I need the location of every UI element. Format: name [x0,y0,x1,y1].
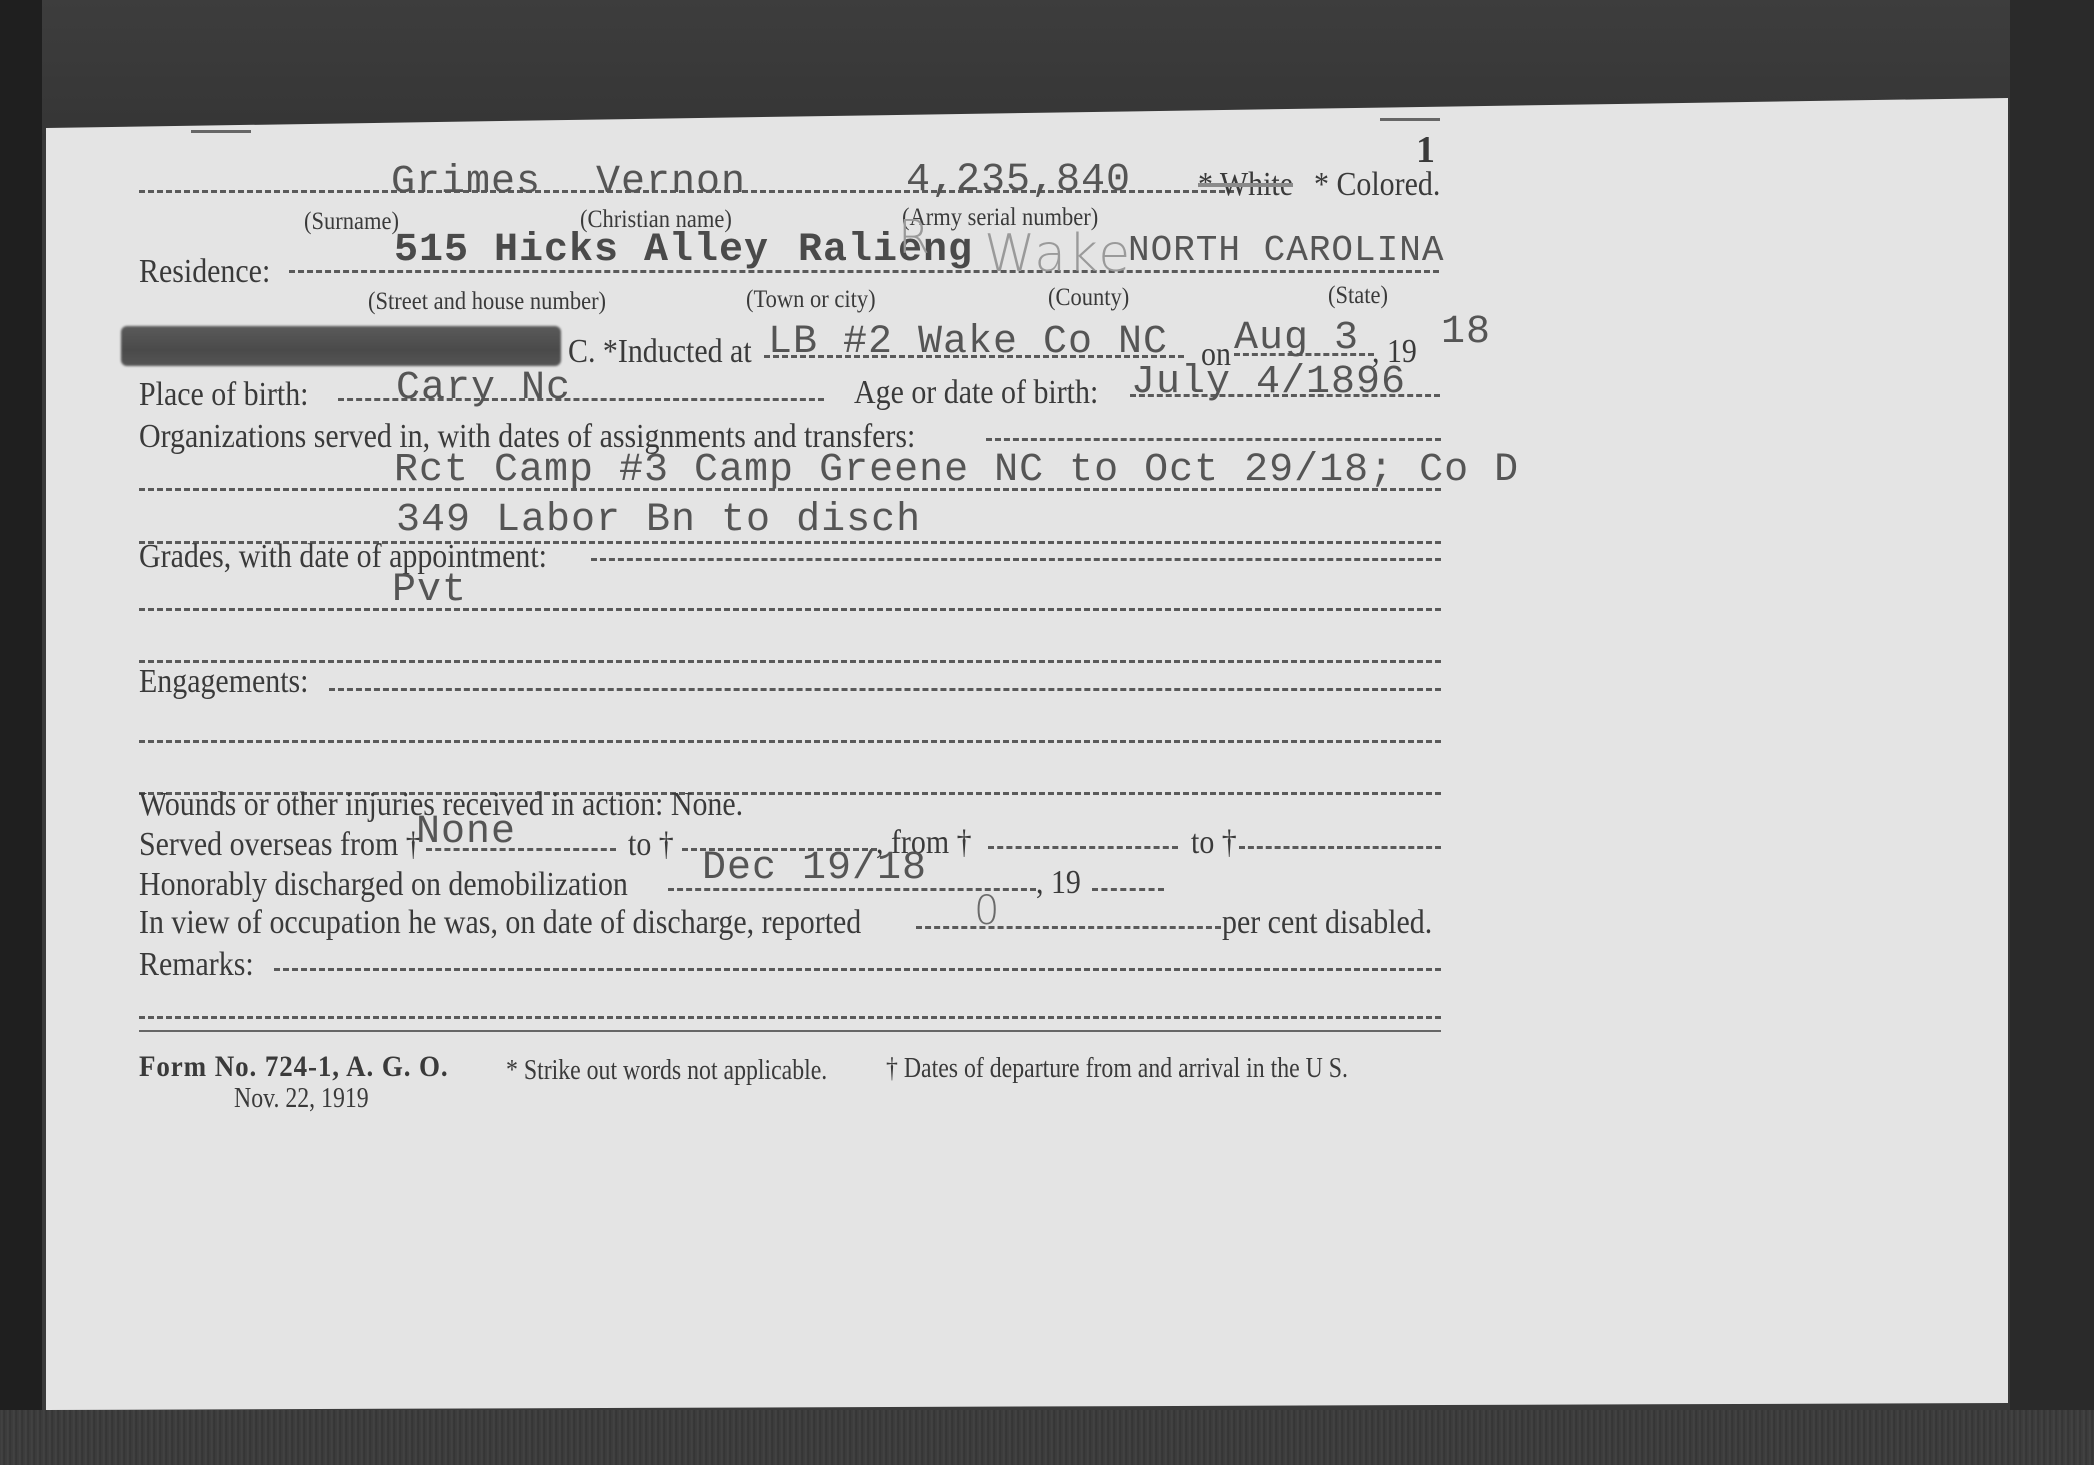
county-caption: (County) [1048,284,1129,312]
discharge-year-line [1092,888,1164,891]
town-caption: (Town or city) [746,286,876,314]
overseas-from-line-2 [988,846,1178,849]
engagements-line-0 [329,688,1441,691]
town-correction-handwritten: R [898,210,932,264]
service-record-card: 1 Grimes Vernon 4,235,840 * White * Colo… [46,98,2008,1410]
residence-label: Residence: [139,253,270,291]
overseas-to-label: to † [628,826,674,864]
surname-value: Grimes [391,160,541,205]
organizations-entry-1: Rct Camp #3 Camp Greene NC to Oct 29/18;… [394,448,1519,493]
inducted-at-label: C. *Inducted at [568,333,752,371]
inducted-year-value: 18 [1441,310,1491,355]
scan-background-bottom [0,1410,2094,1465]
christian-name-value: Vernon [596,160,746,205]
served-overseas-label: Served overseas from † [139,826,421,864]
redaction-strikeout [121,326,561,366]
engagements-label: Engagements: [139,663,309,701]
footer-rule [139,1030,1441,1032]
state-value: NORTH CAROLINA [1128,230,1444,271]
age-label: Age or date of birth: [854,374,1098,412]
scan-background-left [0,0,42,1465]
disability-value: 0 [974,888,1001,934]
form-number: Form No. 724-1, A. G. O. [139,1050,449,1084]
grades-line-2 [139,660,1441,663]
age-value: July 4/1896 [1131,360,1406,405]
disability-line [916,926,1221,929]
county-handwritten: Wake [984,224,1132,284]
race-colored: * Colored. [1314,166,1440,204]
grades-line-1 [139,608,1441,611]
grade-entry: Pvt [392,568,467,613]
corner-mark-left [191,130,251,133]
remarks-line-1 [139,1016,1441,1019]
disability-suffix: per cent disabled. [1222,904,1432,942]
surname-caption: (Surname) [304,208,399,236]
street-caption: (Street and house number) [368,288,606,316]
overseas-to-line-2 [1239,846,1441,849]
discharge-date-value: Dec 19/18 [702,846,927,891]
overseas-from-value: None [416,810,516,855]
remarks-label: Remarks: [139,946,254,984]
inducted-date-value: Aug 3 [1234,316,1359,361]
race-white-struck: * White [1198,166,1293,204]
form-date: Nov. 22, 1919 [234,1083,369,1115]
footnote-strike: * Strike out words not applicable. [506,1055,827,1087]
disability-label: In view of occupation he was, on date of… [139,904,861,942]
street-value: 515 Hicks Alley [394,228,769,273]
state-caption: (State) [1328,282,1388,310]
town-value: Ralieng [798,228,973,273]
inducted-at-value: LB #2 Wake Co NC [768,320,1168,365]
place-of-birth-value: Cary Nc [396,366,571,411]
corner-mark-right [1380,118,1440,121]
place-of-birth-label: Place of birth: [139,376,309,414]
grades-label: Grades, with date of appointment: [139,538,547,576]
footnote-dagger: † Dates of departure from and arrival in… [886,1053,1348,1085]
discharge-year-label: , 19 [1036,864,1081,902]
discharge-label: Honorably discharged on demobilization [139,866,628,904]
army-serial-value: 4,235,840 [906,158,1131,203]
organizations-line-0 [986,438,1441,441]
grades-line-0 [591,558,1441,561]
overseas-to-label-2: to † [1191,824,1237,862]
engagements-line-1 [139,740,1441,743]
scan-background-right [2010,0,2094,1465]
organizations-entry-2: 349 Labor Bn to disch [396,498,921,543]
remarks-line-0 [274,968,1441,971]
